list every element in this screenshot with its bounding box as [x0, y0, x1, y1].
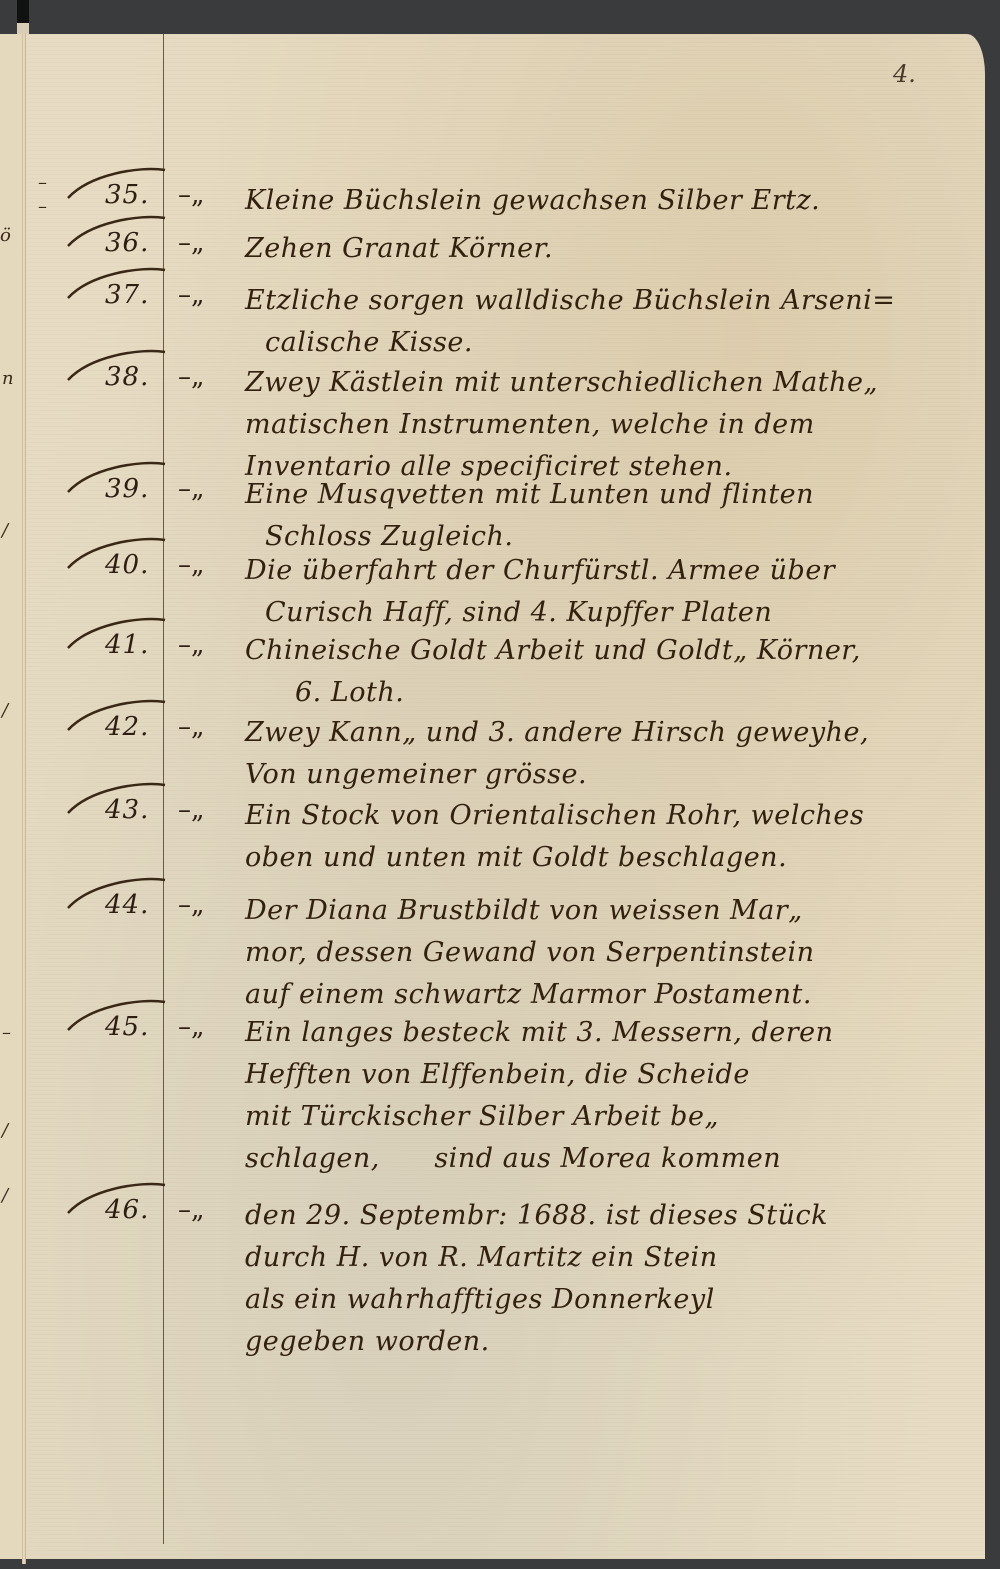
entry-ditto: –„ — [178, 795, 204, 825]
entry-ditto: –„ — [178, 1195, 204, 1225]
entry-line: schlagen, sind aus Morea kommen — [245, 1138, 975, 1180]
margin-mark: – — [38, 172, 47, 193]
margin-mark: / — [2, 1120, 8, 1141]
entry-line: calische Kisse. — [245, 322, 975, 364]
entry-line: Zwey Kästlein mit unterschiedlichen Math… — [245, 362, 975, 404]
entry-ditto: –„ — [178, 474, 204, 504]
entry-number: 42. — [105, 712, 149, 742]
entry-number: 38. — [105, 362, 149, 392]
entry-text: Zwey Kann„ und 3. andere Hirsch geweyhe,… — [245, 712, 975, 796]
entry-line: oben und unten mit Goldt beschlagen. — [245, 837, 975, 879]
entry-line: Zwey Kann„ und 3. andere Hirsch geweyhe, — [245, 712, 975, 754]
entry-ditto: –„ — [178, 630, 204, 660]
adjacent-page-edge — [0, 34, 22, 1559]
entry-text: den 29. Septembr: 1688. ist dieses Stück… — [245, 1195, 975, 1363]
entry-ditto: –„ — [178, 362, 204, 392]
entry-ditto: –„ — [178, 890, 204, 920]
entry-text: Chineische Goldt Arbeit und Goldt„ Körne… — [245, 630, 975, 714]
entry-ditto: –„ — [178, 550, 204, 580]
entry-line: als ein wahrhafftiges Donnerkeyl — [245, 1279, 975, 1321]
entry-text: Der Diana Brustbildt von weissen Mar„ mo… — [245, 890, 975, 1016]
entry-line: gegeben worden. — [245, 1321, 975, 1363]
entry-line: Kleine Büchslein gewachsen Silber Ertz. — [245, 180, 975, 222]
entry-number: 46. — [105, 1195, 149, 1225]
entry-line: Ein Stock von Orientalischen Rohr, welch… — [245, 795, 975, 837]
entry-line: Chineische Goldt Arbeit und Goldt„ Körne… — [245, 630, 975, 672]
entry-line: Die überfahrt der Churfürstl. Armee über — [245, 550, 975, 592]
entry-number: 44. — [105, 890, 149, 920]
entry-line: matischen Instrumenten, welche in dem — [245, 404, 975, 446]
entry-number: 39. — [105, 474, 149, 504]
entry-text: Ein Stock von Orientalischen Rohr, welch… — [245, 795, 975, 879]
entry-line: 6. Loth. — [245, 672, 975, 714]
entry-line: Hefften von Elffenbein, die Scheide — [245, 1054, 975, 1096]
margin-mark: n — [2, 368, 14, 389]
entry-line: Eine Musqvetten mit Lunten und flinten — [245, 474, 975, 516]
binding-edge — [17, 0, 29, 38]
entry-text: Zwey Kästlein mit unterschiedlichen Math… — [245, 362, 975, 488]
entry-number: 43. — [105, 795, 149, 825]
entry-number: 36. — [105, 228, 149, 258]
entry-ditto: –„ — [178, 280, 204, 310]
margin-mark: ö — [0, 225, 11, 246]
entry-line: durch H. von R. Martitz ein Stein — [245, 1237, 975, 1279]
entry-number: 37. — [105, 280, 149, 310]
entry-ditto: –„ — [178, 1012, 204, 1042]
entry-ditto: –„ — [178, 712, 204, 742]
margin-mark: – — [2, 1022, 11, 1043]
entry-ditto: –„ — [178, 180, 204, 210]
page-fold — [22, 34, 26, 1564]
margin-mark: / — [2, 1185, 8, 1206]
entry-number: 41. — [105, 630, 149, 660]
entry-text: Eine Musqvetten mit Lunten und flinten S… — [245, 474, 975, 558]
entry-line: Zehen Granat Körner. — [245, 228, 975, 270]
entry-text: Die überfahrt der Churfürstl. Armee über… — [245, 550, 975, 634]
entry-line: mit Türckischer Silber Arbeit be„ — [245, 1096, 975, 1138]
entry-number: 35. — [105, 180, 149, 210]
entry-number: 40. — [105, 550, 149, 580]
entry-line: Von ungemeiner grösse. — [245, 754, 975, 796]
margin-mark: / — [2, 700, 8, 721]
margin-mark: / — [2, 520, 8, 541]
entry-line: auf einem schwartz Marmor Postament. — [245, 974, 975, 1016]
entry-line: Curisch Haff, sind 4. Kupffer Platen — [245, 592, 975, 634]
page-number: 4. — [893, 60, 916, 88]
entry-line: den 29. Septembr: 1688. ist dieses Stück — [245, 1195, 975, 1237]
entry-line: Etzliche sorgen walldische Büchslein Ars… — [245, 280, 975, 322]
entry-text: Zehen Granat Körner. — [245, 228, 975, 270]
entry-text: Etzliche sorgen walldische Büchslein Ars… — [245, 280, 975, 364]
entry-text: Ein langes besteck mit 3. Messern, deren… — [245, 1012, 975, 1180]
entry-ditto: –„ — [178, 228, 204, 258]
entry-text: Kleine Büchslein gewachsen Silber Ertz. — [245, 180, 975, 222]
entry-line: mor, dessen Gewand von Serpentinstein — [245, 932, 975, 974]
entry-number: 45. — [105, 1012, 149, 1042]
entry-line: Der Diana Brustbildt von weissen Mar„ — [245, 890, 975, 932]
margin-mark: – — [38, 196, 47, 217]
entry-line: Ein langes besteck mit 3. Messern, deren — [245, 1012, 975, 1054]
